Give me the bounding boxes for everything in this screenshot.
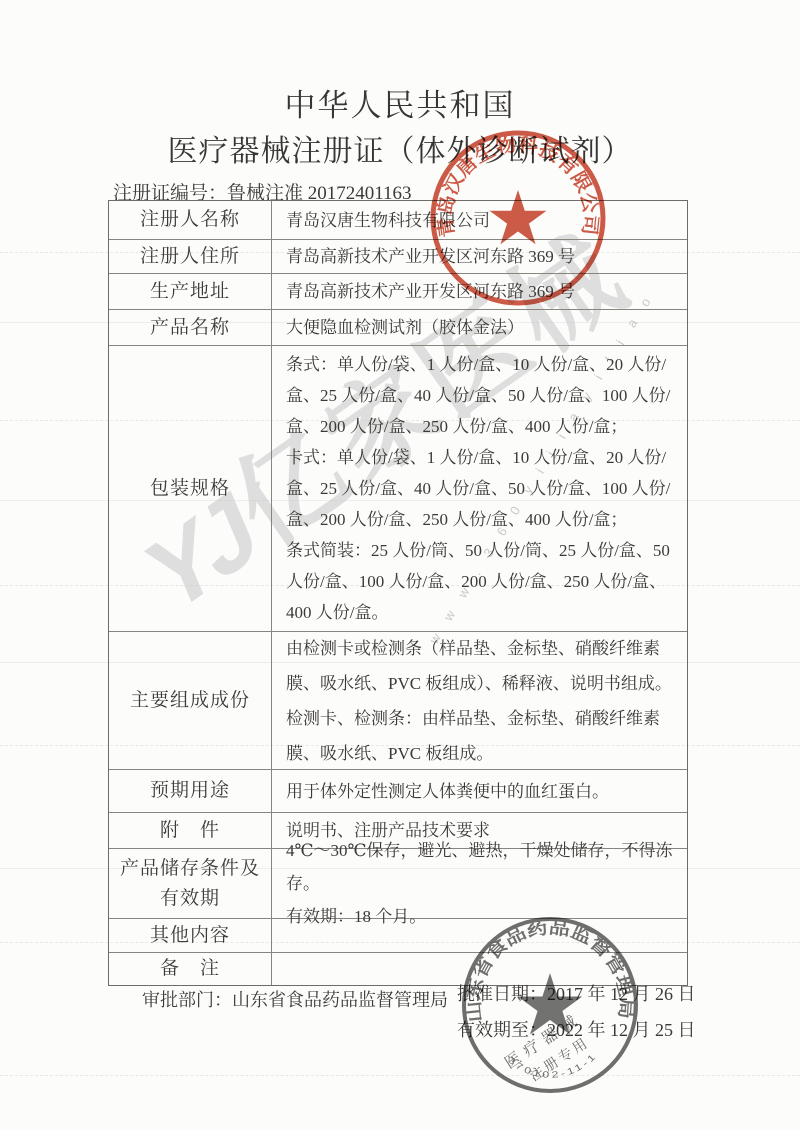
row-label: 产品储存条件及 有效期	[109, 849, 272, 918]
table-row-registrant-address: 注册人住所 青岛高新技术产业开发区河东路 369 号	[109, 239, 687, 273]
valid-until-date: 有效期至：2022 年 12 月 25 日	[457, 1016, 696, 1042]
certificate-page: YJ亿家医械 w w w . 3 6 0 y i j i a y i l i a…	[0, 0, 800, 1130]
table-row-product-name: 产品名称 大便隐血检测试剂（胶体金法）	[109, 309, 687, 345]
table-row-packaging-spec: 包装规格 条式：单人份/袋、1 人份/盒、10 人份/盒、20 人份/盒、25 …	[109, 345, 687, 631]
row-value: 条式：单人份/袋、1 人份/盒、10 人份/盒、20 人份/盒、25 人份/盒、…	[272, 346, 687, 631]
row-label: 附 件	[109, 813, 272, 848]
certificate-table: 注册人名称 青岛汉唐生物科技有限公司 注册人住所 青岛高新技术产业开发区河东路 …	[108, 200, 688, 986]
row-value: 由检测卡或检测条（样品垫、金标垫、硝酸纤维素膜、吸水纸、PVC 板组成）、稀释液…	[272, 632, 687, 769]
packaging-spec-card: 卡式：单人份/袋、1 人份/盒、10 人份/盒、20 人份/盒、25 人份/盒、…	[286, 442, 677, 535]
row-value: 青岛汉唐生物科技有限公司	[272, 201, 687, 239]
table-row-registrant-name: 注册人名称 青岛汉唐生物科技有限公司	[109, 201, 687, 239]
row-label: 注册人名称	[109, 201, 272, 239]
row-label: 备 注	[109, 953, 272, 985]
row-value: 青岛高新技术产业开发区河东路 369 号	[272, 274, 687, 309]
table-row-production-address: 生产地址 青岛高新技术产业开发区河东路 369 号	[109, 273, 687, 309]
row-label: 其他内容	[109, 919, 272, 952]
row-value	[272, 919, 687, 952]
row-value: 4℃～30℃保存，避光、避热，干燥处储存，不得冻存。 有效期：18 个月。	[272, 849, 687, 918]
country-title: 中华人民共和国	[0, 80, 800, 125]
table-row-main-components: 主要组成成份 由检测卡或检测条（样品垫、金标垫、硝酸纤维素膜、吸水纸、PVC 板…	[109, 631, 687, 769]
approval-department: 审批部门：山东省食品药品监督管理局	[142, 986, 448, 1012]
packaging-spec-strip-simple: 条式简装：25 人份/筒、50 人份/筒、25 人份/盒、50 人份/盒、100…	[286, 535, 677, 628]
row-label: 主要组成成份	[109, 632, 272, 769]
table-row-other-content: 其他内容	[109, 918, 687, 952]
row-label: 产品名称	[109, 310, 272, 345]
table-row-intended-use: 预期用途 用于体外定性测定人体粪便中的血红蛋白。	[109, 769, 687, 812]
row-label: 生产地址	[109, 274, 272, 309]
scan-artifact-line	[0, 1075, 800, 1076]
row-label: 预期用途	[109, 770, 272, 812]
certificate-title: 医疗器械注册证（体外诊断试剂）	[0, 126, 800, 170]
row-value: 用于体外定性测定人体粪便中的血红蛋白。	[272, 770, 687, 812]
row-label: 包装规格	[109, 346, 272, 631]
row-label: 注册人住所	[109, 240, 272, 273]
row-value: 大便隐血检测试剂（胶体金法）	[272, 310, 687, 345]
packaging-spec-strip: 条式：单人份/袋、1 人份/盒、10 人份/盒、20 人份/盒、25 人份/盒、…	[286, 349, 677, 442]
row-value: 青岛高新技术产业开发区河东路 369 号	[272, 240, 687, 273]
table-row-storage-validity: 产品储存条件及 有效期 4℃～30℃保存，避光、避热，干燥处储存，不得冻存。 有…	[109, 848, 687, 918]
approval-date: 批准日期：2017 年 12 月 26 日	[457, 980, 696, 1006]
storage-conditions: 4℃～30℃保存，避光、避热，干燥处储存，不得冻存。	[286, 834, 677, 900]
